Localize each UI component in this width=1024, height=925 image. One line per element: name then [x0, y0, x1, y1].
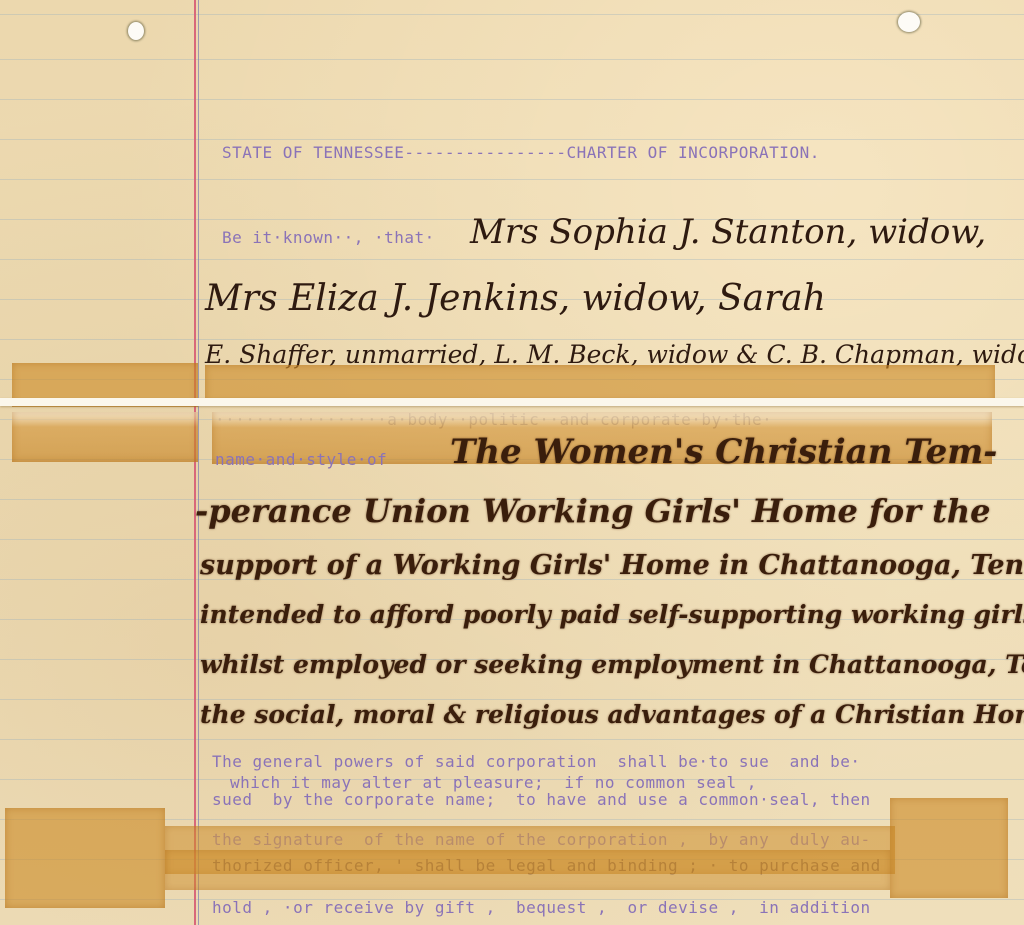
punch-hole-right	[898, 12, 920, 32]
handwritten-purpose-1: support of a Working Girls' Home in Chat…	[200, 550, 1024, 581]
typed-powers-2: sued by the corporate name; to have and …	[212, 790, 871, 809]
repair-tape	[165, 850, 890, 890]
handwritten-incorporators-2: Mrs Eliza J. Jenkins, widow, Sarah	[205, 278, 826, 319]
handwritten-purpose-2: intended to afford poorly paid self-supp…	[200, 600, 1024, 629]
margin-line-red	[194, 0, 196, 925]
typed-name-and-style: name·and·style·of	[215, 450, 387, 469]
document-header: STATE OF TENNESSEE----------------CHARTE…	[222, 143, 820, 162]
handwritten-name-1: The Women's Christian Tem-	[450, 432, 997, 472]
typed-powers-5: hold , ·or receive by gift , bequest , o…	[212, 898, 871, 917]
margin-line-blue	[198, 0, 199, 925]
repair-tape	[12, 412, 198, 462]
typed-intro: Be it·known··, ·that·	[222, 228, 435, 247]
repair-tape	[5, 808, 165, 908]
handwritten-purpose-4: the social, moral & religious advantages…	[200, 700, 1024, 729]
handwritten-incorporators-1: Mrs Sophia J. Stanton, widow,	[470, 212, 986, 252]
document-page: STATE OF TENNESSEE----------------CHARTE…	[0, 0, 1024, 925]
repair-tape	[890, 798, 1008, 898]
punch-hole-left	[128, 22, 144, 40]
handwritten-name-2: -perance Union Working Girls' Home for t…	[195, 492, 990, 530]
paper-tear	[0, 398, 1024, 406]
typed-powers-1: The general powers of said corporation s…	[212, 752, 861, 771]
handwritten-purpose-3: whilst employed or seeking employment in…	[200, 650, 1024, 679]
